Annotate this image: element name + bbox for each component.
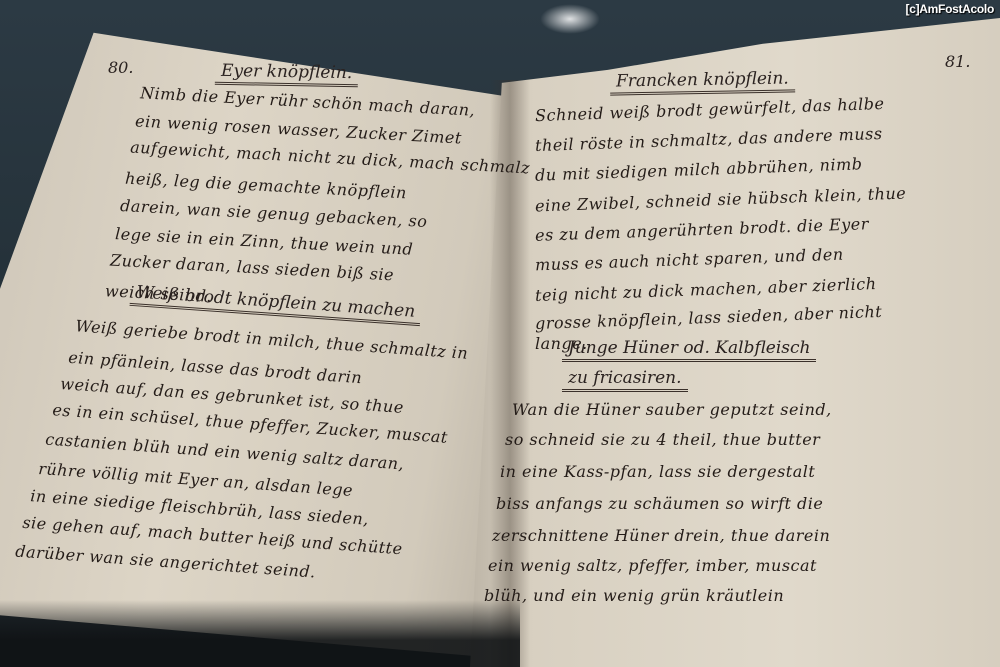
text-line: Wan die Hüner sauber geputzt seind,	[512, 400, 832, 419]
watermark: [c]AmFostAcolo	[906, 2, 994, 16]
text-line: zerschnittene Hüner drein, thue darein	[492, 526, 830, 545]
light-glare	[540, 4, 600, 34]
left-heading-1: Eyer knöpflein.	[215, 61, 359, 87]
bottom-shadow	[0, 600, 520, 667]
text-line: so schneid sie zu 4 theil, thue butter	[505, 430, 820, 449]
text-line: in eine Kass-pfan, lass sie dergestalt	[500, 462, 815, 481]
text-line: biss anfangs zu schäumen so wirft die	[496, 494, 823, 513]
right-heading-2b: zu fricasiren.	[562, 368, 688, 392]
right-heading-2a: Junge Hüner od. Kalbfleisch	[562, 338, 816, 362]
right-heading-1: Francken knöpflein.	[610, 68, 795, 95]
left-page-number: 80.	[108, 58, 133, 77]
open-manuscript-book: 80. Eyer knöpflein. Nimb die Eyer rühr s…	[0, 0, 1000, 667]
text-line: ein wenig saltz, pfeffer, imber, muscat	[488, 556, 817, 575]
text-line: blüh, und ein wenig grün kräutlein	[484, 586, 784, 605]
right-page-number: 81.	[945, 52, 970, 71]
